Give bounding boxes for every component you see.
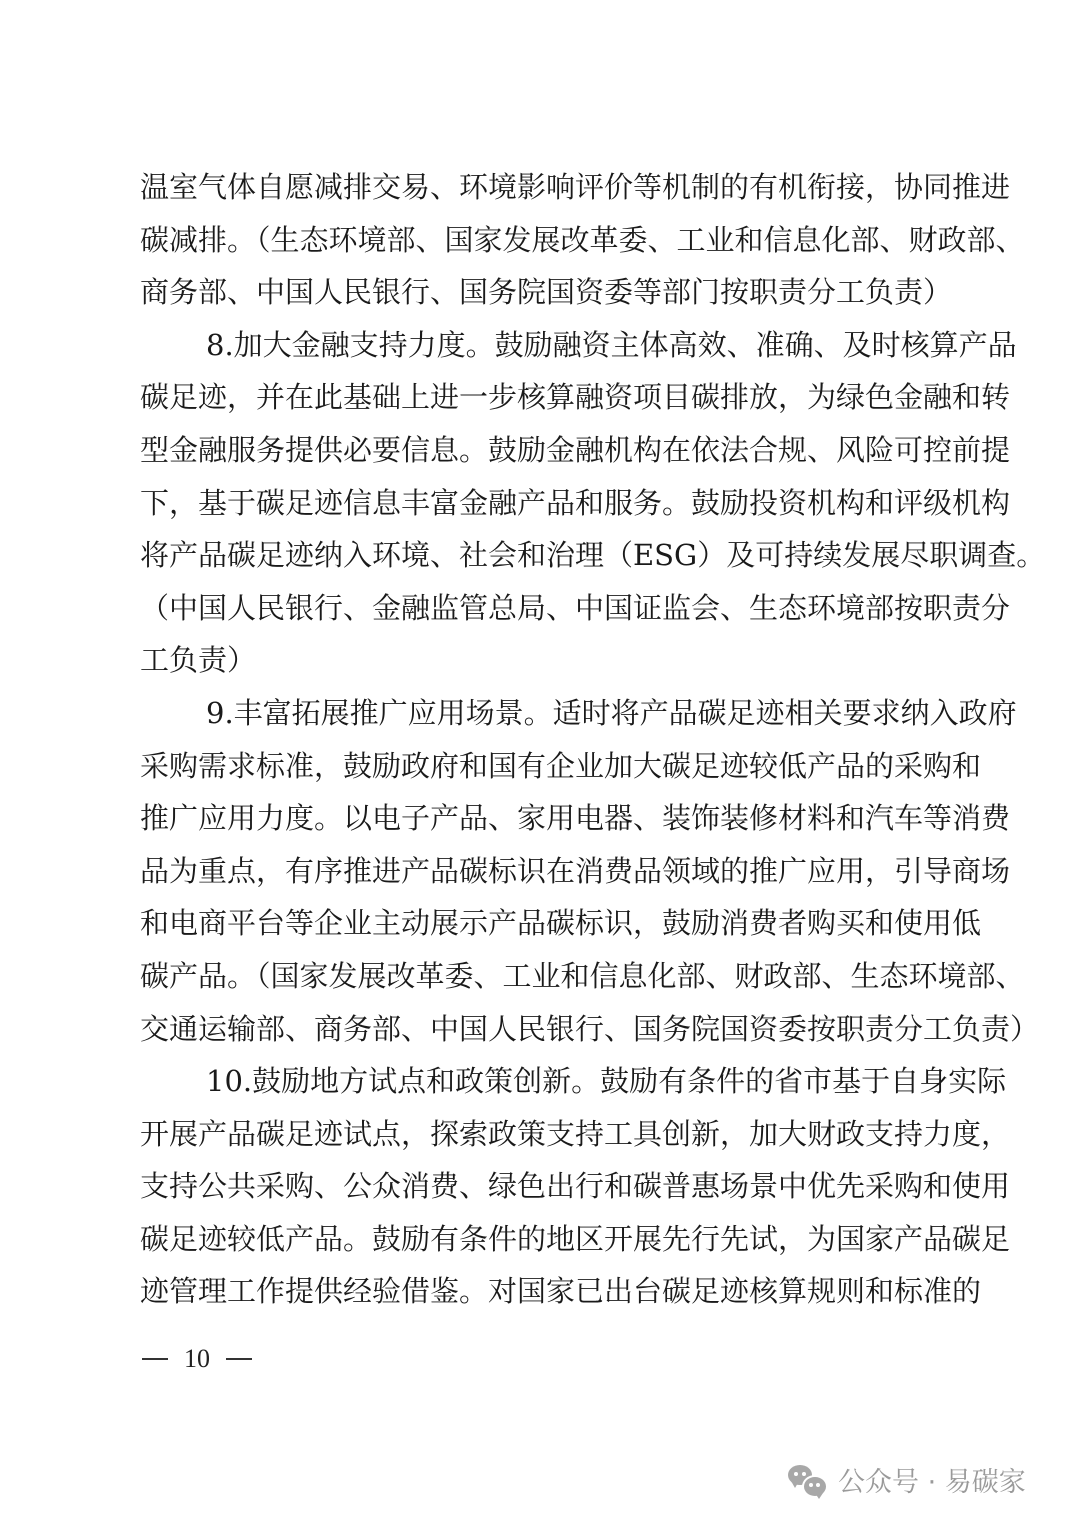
line-text: 碳产品。（国家发展改革委、工业和信息化部、财政部、生态环境部、 bbox=[140, 950, 942, 1003]
text-line: 下，基于碳足迹信息丰富金融产品和服务。鼓励投资机构和评级机构 bbox=[140, 477, 942, 530]
dash-left bbox=[142, 1358, 168, 1360]
text-line: 碳足迹，并在此基础上进一步核算融资项目碳排放，为绿色金融和转 bbox=[140, 371, 942, 424]
line-text: 推广应用力度。以电子产品、家用电器、装饰装修材料和汽车等消费 bbox=[140, 792, 942, 845]
wechat-icon bbox=[788, 1463, 828, 1497]
text-line: 支持公共采购、公众消费、绿色出行和碳普惠场景中优先采购和使用 bbox=[140, 1160, 942, 1213]
watermark-label: 公众号 · 易碳家 bbox=[838, 1460, 1026, 1499]
text-line: 迹管理工作提供经验借鉴。对国家已出台碳足迹核算规则和标准的 bbox=[140, 1265, 942, 1318]
line-text: 商务部、中国人民银行、国务院国资委等部门按职责分工负责） bbox=[140, 266, 942, 319]
line-text: 品为重点，有序推进产品碳标识在消费品领域的推广应用，引导商场 bbox=[140, 845, 942, 898]
watermark: 公众号 · 易碳家 bbox=[788, 1460, 1026, 1499]
line-text: 交通运输部、商务部、中国人民银行、国务院国资委按职责分工负责） bbox=[140, 1003, 942, 1056]
text-line: 将产品碳足迹纳入环境、社会和治理（ESG）及可持续发展尽职调查。 bbox=[140, 529, 942, 582]
line-text: 和电商平台等企业主动展示产品碳标识，鼓励消费者购买和使用低 bbox=[140, 897, 942, 950]
text-line: 品为重点，有序推进产品碳标识在消费品领域的推广应用，引导商场 bbox=[140, 845, 942, 898]
text-line: 交通运输部、商务部、中国人民银行、国务院国资委按职责分工负责） bbox=[140, 1003, 942, 1056]
text-line: 工负责） bbox=[140, 634, 942, 687]
text-line: 推广应用力度。以电子产品、家用电器、装饰装修材料和汽车等消费 bbox=[140, 792, 942, 845]
line-text: 9.丰富拓展推广应用场景。适时将产品碳足迹相关要求纳入政府 bbox=[140, 687, 942, 740]
line-text: 支持公共采购、公众消费、绿色出行和碳普惠场景中优先采购和使用 bbox=[140, 1160, 942, 1213]
text-line: 碳足迹较低产品。鼓励有条件的地区开展先行先试，为国家产品碳足 bbox=[140, 1213, 942, 1266]
text-line: （中国人民银行、金融监管总局、中国证监会、生态环境部按职责分 bbox=[140, 582, 942, 635]
line-text: 8.加大金融支持力度。鼓励融资主体高效、准确、及时核算产品 bbox=[140, 319, 942, 372]
text-line: 碳减排。（生态环境部、国家发展改革委、工业和信息化部、财政部、 bbox=[140, 214, 942, 267]
text-line: 型金融服务提供必要信息。鼓励金融机构在依法合规、风险可控前提 bbox=[140, 424, 942, 477]
dash-right bbox=[226, 1358, 252, 1360]
text-line: 开展产品碳足迹试点，探索政策支持工具创新，加大财政支持力度， bbox=[140, 1108, 942, 1161]
line-text: 碳足迹，并在此基础上进一步核算融资项目碳排放，为绿色金融和转 bbox=[140, 371, 942, 424]
section-heading-line: 9.丰富拓展推广应用场景。适时将产品碳足迹相关要求纳入政府 bbox=[140, 687, 942, 740]
page-number: 10 bbox=[142, 1344, 252, 1374]
section-heading-line: 10.鼓励地方试点和政策创新。鼓励有条件的省市基于自身实际 bbox=[140, 1055, 942, 1108]
line-text: 10.鼓励地方试点和政策创新。鼓励有条件的省市基于自身实际 bbox=[140, 1055, 942, 1108]
line-text: 碳减排。（生态环境部、国家发展改革委、工业和信息化部、财政部、 bbox=[140, 214, 942, 267]
text-line: 商务部、中国人民银行、国务院国资委等部门按职责分工负责） bbox=[140, 266, 942, 319]
text-line: 采购需求标准，鼓励政府和国有企业加大碳足迹较低产品的采购和 bbox=[140, 740, 942, 793]
document-page: 温室气体自愿减排交易、环境影响评价等机制的有机衔接，协同推进 碳减排。（生态环境… bbox=[0, 0, 1080, 1527]
line-text: 碳足迹较低产品。鼓励有条件的地区开展先行先试，为国家产品碳足 bbox=[140, 1213, 942, 1266]
line-text: 开展产品碳足迹试点，探索政策支持工具创新，加大财政支持力度， bbox=[140, 1108, 942, 1161]
text-line: 温室气体自愿减排交易、环境影响评价等机制的有机衔接，协同推进 bbox=[140, 161, 942, 214]
line-text: 工负责） bbox=[140, 634, 942, 687]
page-number-value: 10 bbox=[184, 1344, 210, 1374]
line-text: 将产品碳足迹纳入环境、社会和治理（ESG）及可持续发展尽职调查。 bbox=[140, 529, 942, 582]
line-text: 温室气体自愿减排交易、环境影响评价等机制的有机衔接，协同推进 bbox=[140, 161, 942, 214]
line-text: 型金融服务提供必要信息。鼓励金融机构在依法合规、风险可控前提 bbox=[140, 424, 942, 477]
line-text: 下，基于碳足迹信息丰富金融产品和服务。鼓励投资机构和评级机构 bbox=[140, 477, 942, 530]
line-text: 迹管理工作提供经验借鉴。对国家已出台碳足迹核算规则和标准的 bbox=[140, 1265, 942, 1318]
section-heading-line: 8.加大金融支持力度。鼓励融资主体高效、准确、及时核算产品 bbox=[140, 319, 942, 372]
line-text: （中国人民银行、金融监管总局、中国证监会、生态环境部按职责分 bbox=[140, 582, 942, 635]
text-line: 碳产品。（国家发展改革委、工业和信息化部、财政部、生态环境部、 bbox=[140, 950, 942, 1003]
text-line: 和电商平台等企业主动展示产品碳标识，鼓励消费者购买和使用低 bbox=[140, 897, 942, 950]
document-body: 温室气体自愿减排交易、环境影响评价等机制的有机衔接，协同推进 碳减排。（生态环境… bbox=[140, 161, 942, 1318]
line-text: 采购需求标准，鼓励政府和国有企业加大碳足迹较低产品的采购和 bbox=[140, 740, 942, 793]
